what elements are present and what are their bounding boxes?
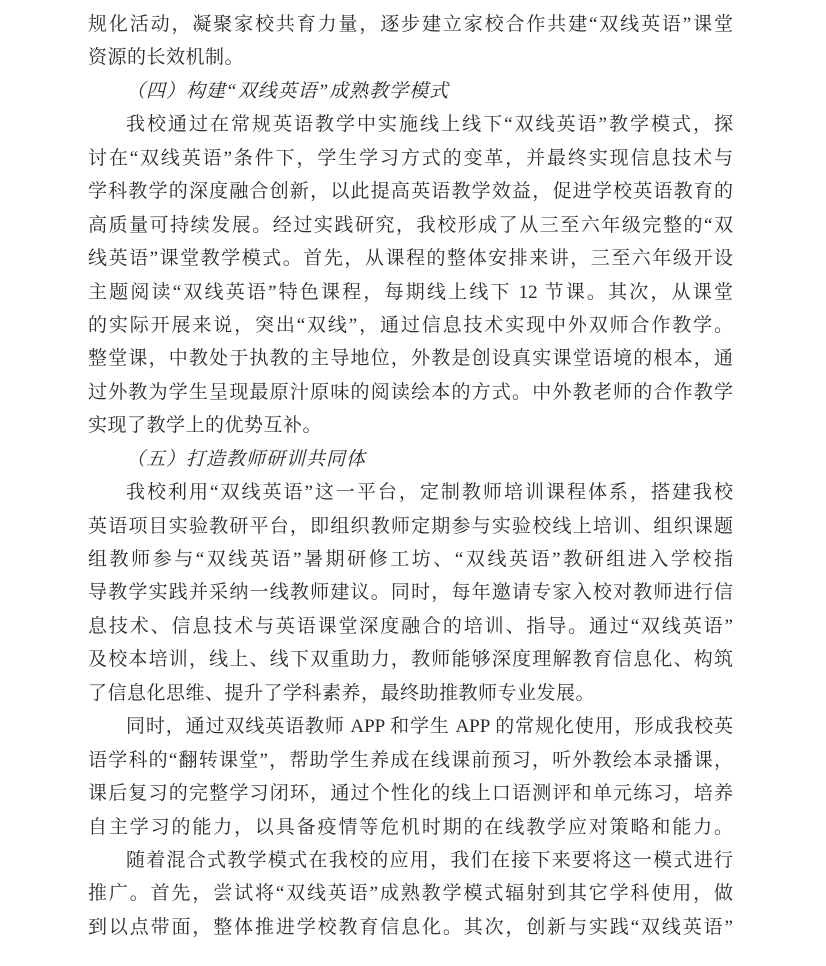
text-line: 了信息化思维、提升了学科素养，最终助推教师专业发展。: [88, 677, 733, 710]
text-line: 随着混合式教学模式在我校的应用，我们在接下来要将这一模式进行: [88, 844, 733, 877]
text-line: 息技术、信息技术与英语课堂深度融合的培训、指导。通过“双线英语”: [88, 610, 733, 643]
text-line: 课后复习的完整学习闭环，通过个性化的线上口语测评和单元练习，培养: [88, 777, 733, 810]
text-line: 到以点带面，整体推进学校教育信息化。其次，创新与实践“双线英语”: [88, 911, 733, 944]
section-heading: （五）打造教师研训共同体: [88, 443, 733, 476]
text-line: 的实际开展来说，突出“双线”，通过信息技术实现中外双师合作教学。: [88, 309, 733, 342]
text-line: 讨在“双线英语”条件下，学生学习方式的变革，并最终实现信息技术与: [88, 142, 733, 175]
text-line: 过外教为学生呈现最原汁原味的阅读绘本的方式。中外教老师的合作教学: [88, 376, 733, 409]
text-line: 规化活动，凝聚家校共育力量，逐步建立家校合作共建“双线英语”课堂: [88, 8, 733, 41]
section-heading: （四）构建“双线英语”成熟教学模式: [88, 75, 733, 108]
text-line: 我校通过在常规英语教学中实施线上线下“双线英语”教学模式，探: [88, 108, 733, 141]
text-line: 自主学习的能力，以具备疫情等危机时期的在线教学应对策略和能力。: [88, 811, 733, 844]
text-line: 资源的长效机制。: [88, 41, 733, 74]
document-page: 规化活动，凝聚家校共育力量，逐步建立家校合作共建“双线英语”课堂资源的长效机制。…: [0, 0, 826, 966]
text-line: 英语项目实验教研平台，即组织教师定期参与实验校线上培训、组织课题: [88, 510, 733, 543]
text-line: 同时，通过双线英语教师 APP 和学生 APP 的常规化使用，形成我校英: [88, 710, 733, 743]
text-line: 学科教学的深度融合创新，以此提高英语教学效益，促进学校英语教育的: [88, 175, 733, 208]
text-line: 我校利用“双线英语”这一平台，定制教师培训课程体系，搭建我校: [88, 476, 733, 509]
text-line: 主题阅读“双线英语”特色课程，每期线上线下 12 节课。其次，从课堂: [88, 276, 733, 309]
text-line: 推广。首先，尝试将“双线英语”成熟教学模式辐射到其它学科使用，做: [88, 877, 733, 910]
document-lines: 规化活动，凝聚家校共育力量，逐步建立家校合作共建“双线英语”课堂资源的长效机制。…: [88, 8, 733, 944]
text-line: 高质量可持续发展。经过实践研究，我校形成了从三至六年级完整的“双: [88, 209, 733, 242]
text-line: 语学科的“翻转课堂”，帮助学生养成在线课前预习，听外教绘本录播课，: [88, 744, 733, 777]
text-line: 实现了教学上的优势互补。: [88, 409, 733, 442]
text-line: 导教学实践并采纳一线教师建议。同时，每年邀请专家入校对教师进行信: [88, 576, 733, 609]
text-line: 及校本培训，线上、线下双重助力，教师能够深度理解教育信息化、构筑: [88, 643, 733, 676]
text-line: 组教师参与“双线英语”暑期研修工坊、“双线英语”教研组进入学校指: [88, 543, 733, 576]
text-line: 整堂课，中教处于执教的主导地位，外教是创设真实课堂语境的根本，通: [88, 342, 733, 375]
text-line: 线英语”课堂教学模式。首先，从课程的整体安排来讲，三至六年级开设: [88, 242, 733, 275]
